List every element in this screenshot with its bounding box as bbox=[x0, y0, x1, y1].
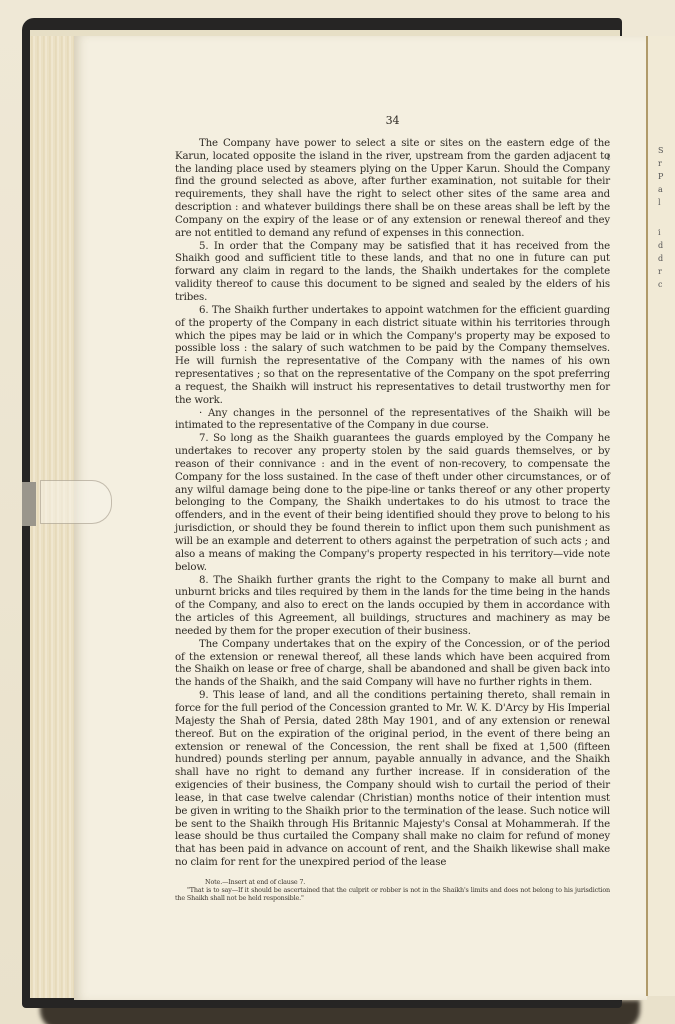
right-page-fragment: S bbox=[658, 144, 675, 157]
right-page-fragment: P bbox=[658, 170, 675, 183]
footnote-body: "That is to say—If it should be ascertai… bbox=[175, 886, 610, 902]
page-marker-tab bbox=[40, 480, 112, 524]
right-page-fragment: d bbox=[658, 252, 675, 265]
paragraph-clause-7: 7. So long as the Shaikh guarantees the … bbox=[175, 433, 610, 574]
right-page-edge: S r P a l i d d r c bbox=[648, 36, 675, 996]
right-page-fragment: r bbox=[658, 265, 675, 278]
right-page-fragment: l bbox=[658, 196, 675, 209]
paragraph-personnel-changes: · Any changes in the personnel of the re… bbox=[175, 408, 610, 434]
clip-band bbox=[22, 482, 36, 526]
footnote-header: Note.—Insert at end of clause 7. bbox=[175, 878, 610, 886]
right-page-fragment: i bbox=[658, 226, 675, 239]
right-page-fragment: c bbox=[658, 278, 675, 291]
right-page-fragment: r bbox=[658, 157, 675, 170]
paragraph-site-selection: The Company have power to select a site … bbox=[175, 138, 610, 241]
paragraph-clause-5: 5. In order that the Company may be sati… bbox=[175, 241, 610, 305]
footnote: Note.—Insert at end of clause 7. "That i… bbox=[175, 878, 610, 903]
document-body: 34 The Company have power to select a si… bbox=[175, 115, 610, 903]
paragraph-lands-return: The Company undertakes that on the expir… bbox=[175, 639, 610, 690]
right-page-fragment: a bbox=[658, 183, 675, 196]
right-page-fragment: d bbox=[658, 239, 675, 252]
paragraph-clause-8: 8. The Shaikh further grants the right t… bbox=[175, 575, 610, 639]
page-number: 34 bbox=[175, 115, 610, 128]
paragraph-clause-6: 6. The Shaikh further undertakes to appo… bbox=[175, 305, 610, 408]
paragraph-clause-9: 9. This lease of land, and all the condi… bbox=[175, 690, 610, 870]
